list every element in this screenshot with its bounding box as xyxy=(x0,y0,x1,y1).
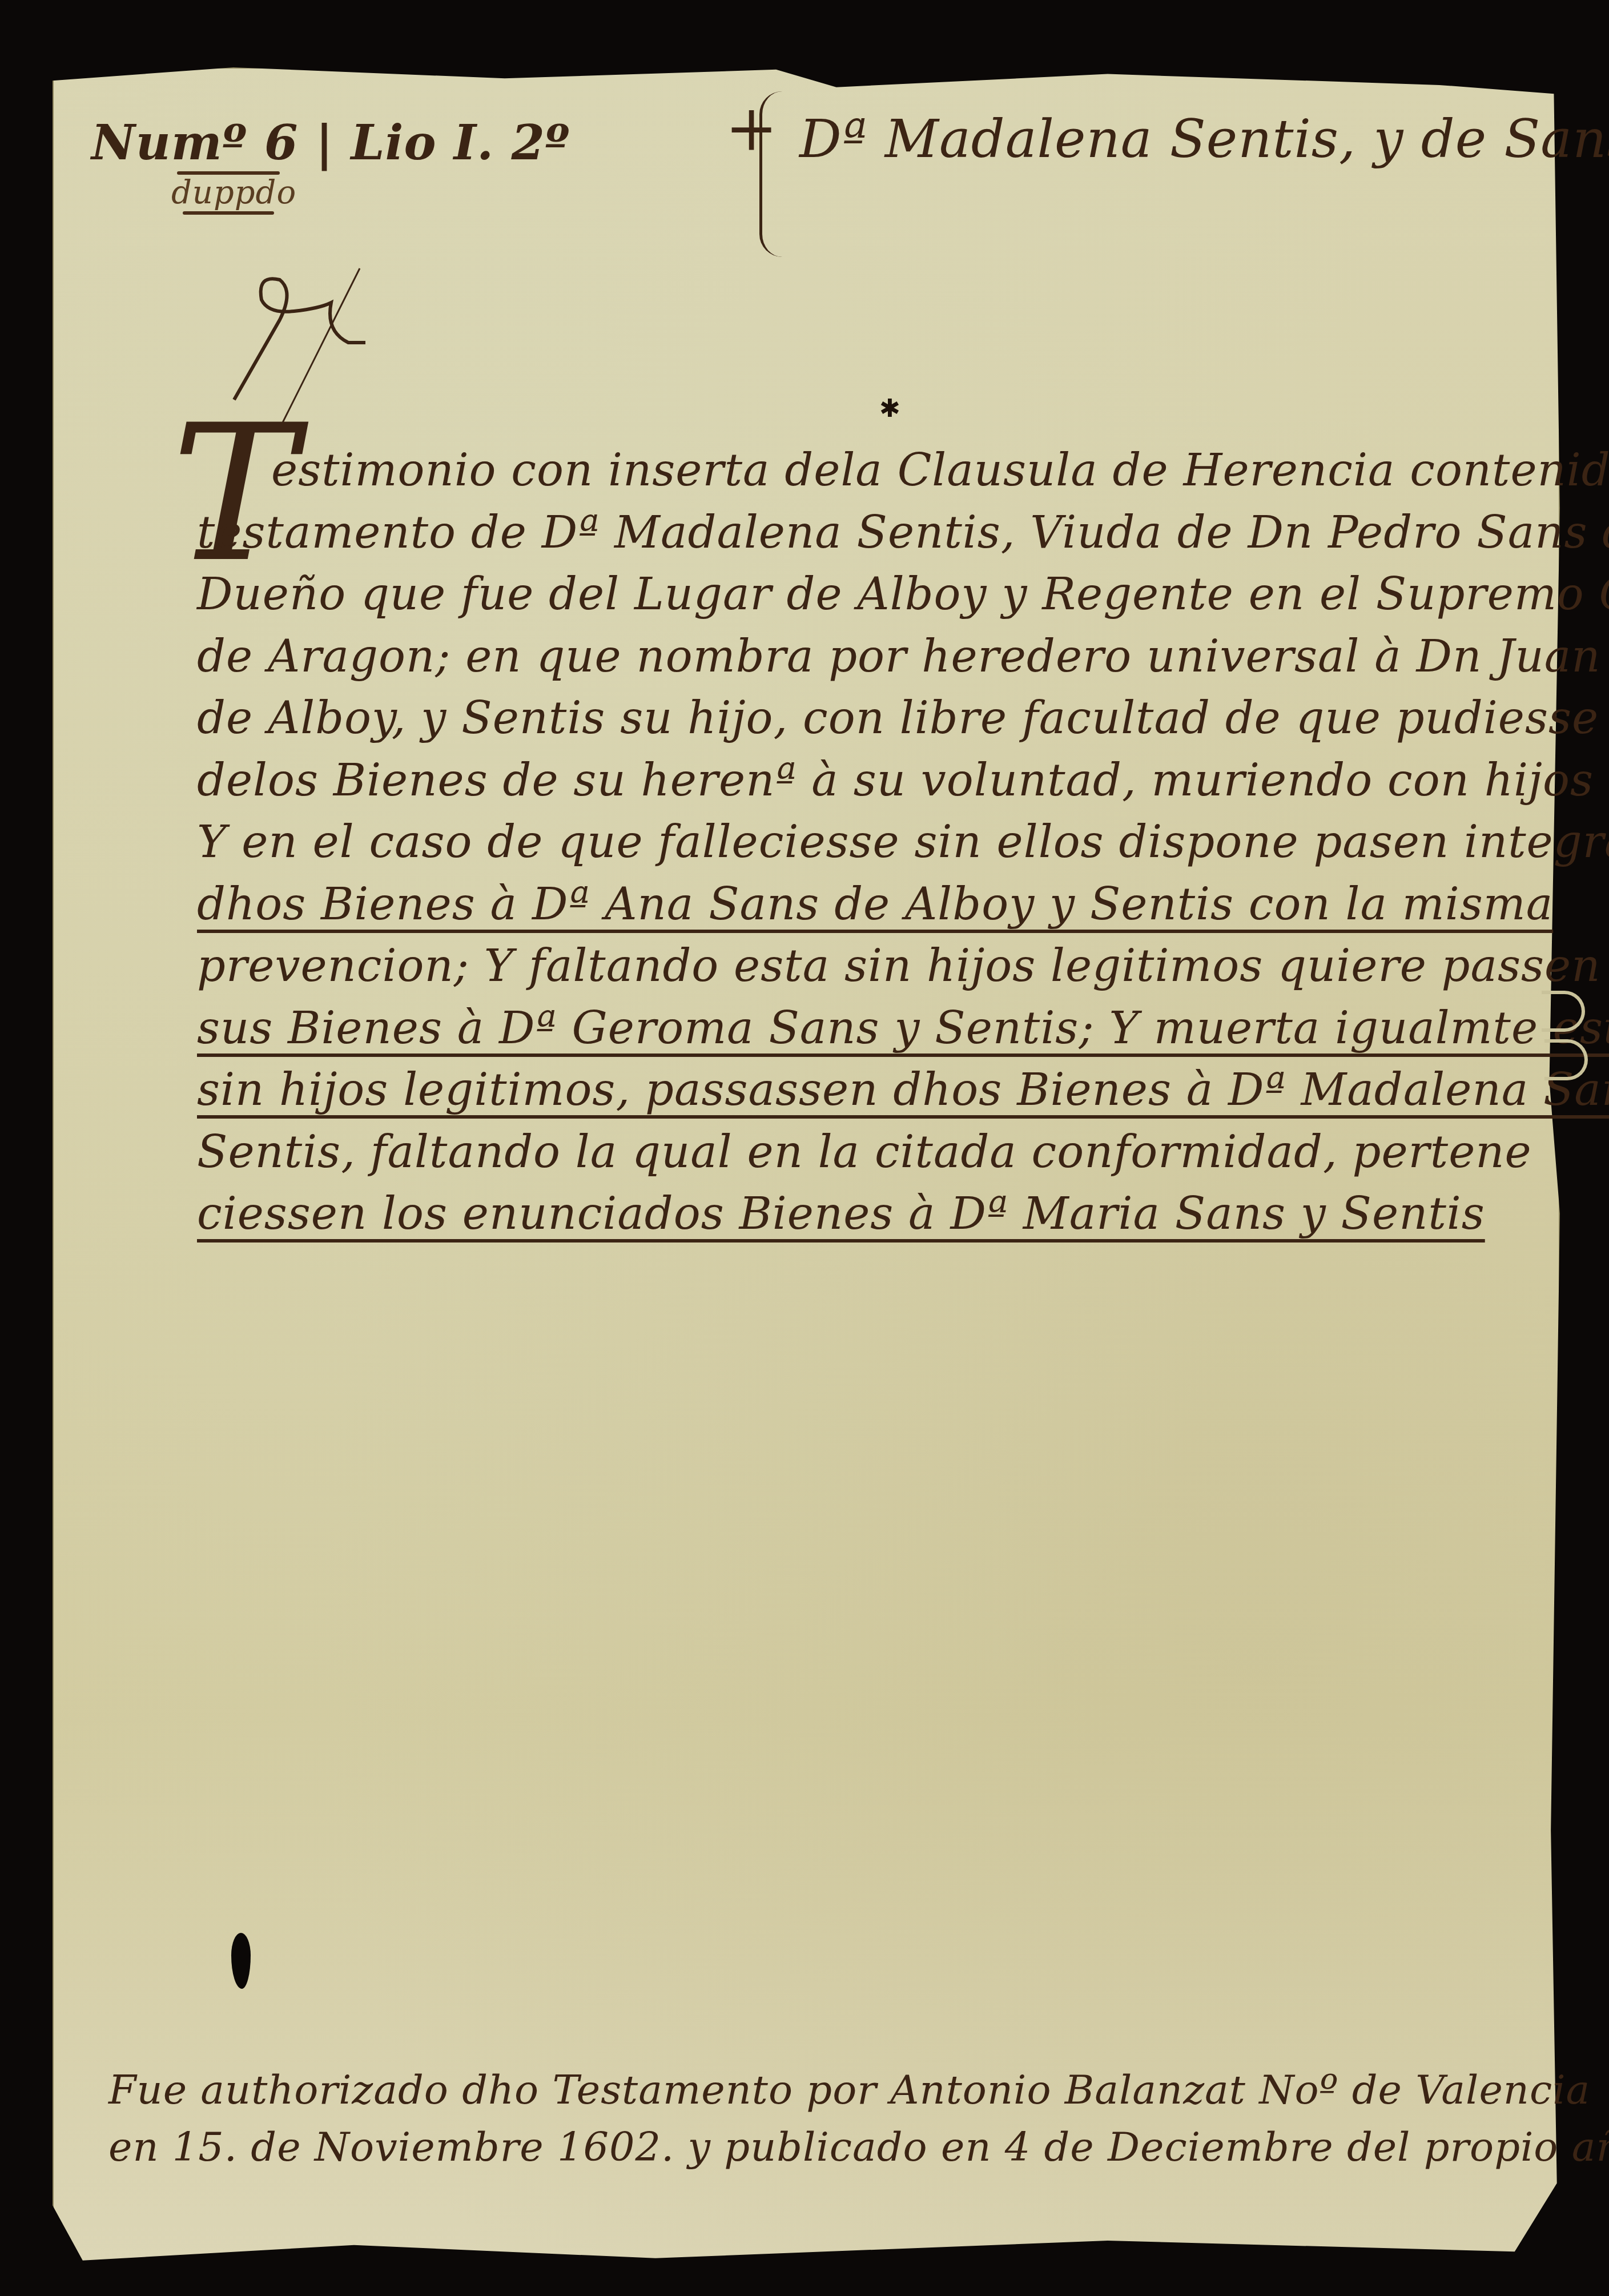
body-line: Dueño que fue del Lugar de Alboy y Regen… xyxy=(197,564,1527,626)
reference-number: Numº 6 | Lio I. 2º xyxy=(91,114,570,171)
body-line: Sentis, faltando la qual en la citada co… xyxy=(197,1121,1527,1184)
body-line: prevencion; Y faltando esta sin hijos le… xyxy=(197,935,1527,998)
body-line: sus Bienes à Dª Geroma Sans y Sentis; Y … xyxy=(197,998,1527,1060)
brace-mark xyxy=(759,91,791,257)
footer-note: Fue authorizado dho Testamento por Anton… xyxy=(108,2061,1450,2176)
footer-line: en 15. de Noviembre 1602. y publicado en… xyxy=(108,2118,1450,2176)
body-line: testamento de Dª Madalena Sentis, Viuda … xyxy=(197,502,1527,564)
footer-line: Fue authorizado dho Testamento por Anton… xyxy=(108,2061,1450,2118)
body-line: Y en el caso de que falleciesse sin ello… xyxy=(197,811,1527,874)
body-line: ciessen los enunciados Bienes à Dª Maria… xyxy=(197,1183,1527,1245)
name-heading: Dª Madalena Sentis, y de Sans Viuda xyxy=(799,108,1609,170)
duplicate-mark: duppdo xyxy=(171,174,296,211)
body-line: estimonio con inserta dela Clausula de H… xyxy=(197,440,1527,502)
duplicate-underline xyxy=(183,211,274,215)
body-line: de Alboy, y Sentis su hijo, con libre fa… xyxy=(197,687,1527,750)
torn-edge xyxy=(1544,1039,1588,1080)
torn-edge xyxy=(1542,991,1585,1032)
body-text: estimonio con inserta dela Clausula de H… xyxy=(197,440,1527,1245)
body-line: dhos Bienes à Dª Ana Sans de Alboy y Sen… xyxy=(197,874,1527,936)
ink-stain: ✱ xyxy=(879,394,900,423)
body-line: sin hijos legitimos, passassen dhos Bien… xyxy=(197,1059,1527,1121)
body-line: de Aragon; en que nombra por heredero un… xyxy=(197,626,1527,688)
body-line: delos Bienes de su herenª à su voluntad,… xyxy=(197,750,1527,812)
